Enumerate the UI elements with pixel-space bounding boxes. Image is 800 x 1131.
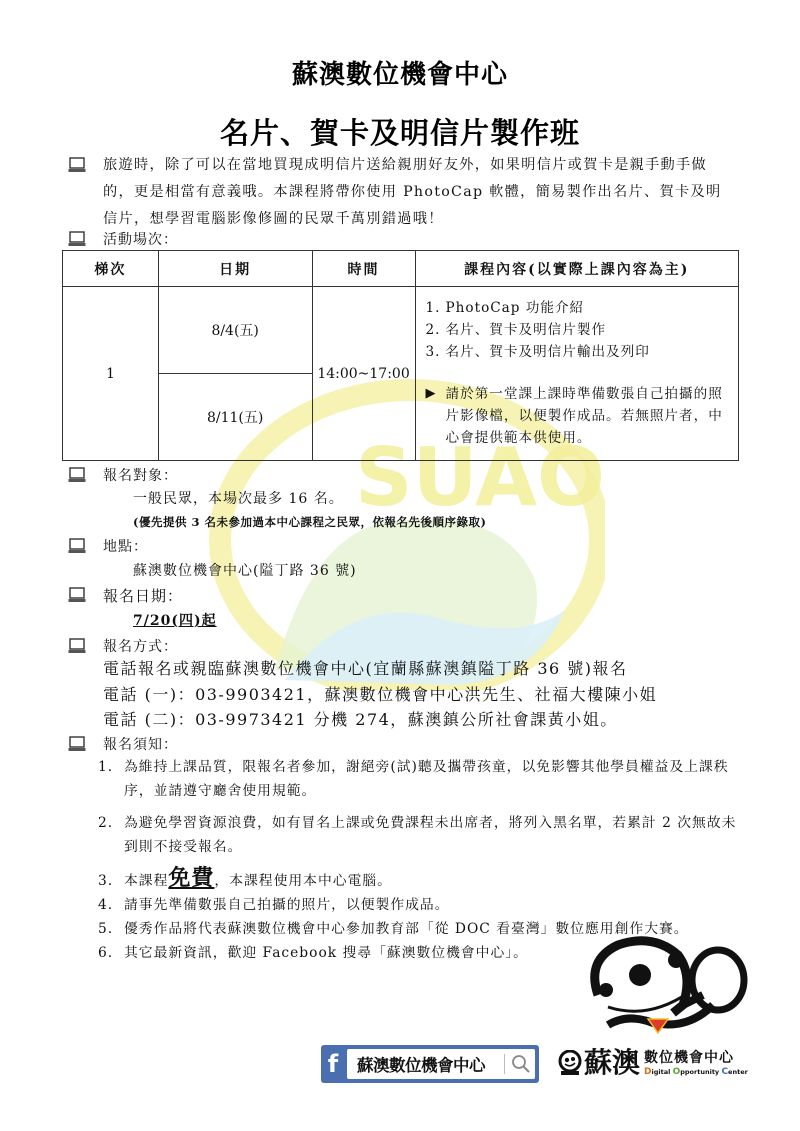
notice-list: 1.為維持上課品質，限報名者參加，謝絕旁(試)聽及攜帶孩童，以免影響其他學員權益… xyxy=(98,755,738,965)
computer-icon xyxy=(68,587,86,603)
notice-label: 報名須知： xyxy=(103,734,178,756)
header-session: 梯次 xyxy=(63,251,159,287)
notice-item: 1.為維持上課品質，限報名者參加，謝絕旁(試)聽及攜帶孩童，以免影響其他學員權益… xyxy=(98,755,738,803)
notice-item: 4.請事先準備數張自己拍攝的照片，以便製作成品。 xyxy=(98,893,738,917)
reg-method-label: 報名方式： xyxy=(103,636,178,658)
reg-method-line: 電話 (一)：03-9903421，蘇澳數位機會中心洪先生、社福大樓陳小姐 xyxy=(103,682,657,708)
header-content: 課程內容(以實際上課內容為主) xyxy=(415,251,738,287)
schedule-label: 活動場次： xyxy=(103,229,178,251)
table-row: 1 8/4(五) 14:00~17:00 1.PhotoCap 功能介紹 2.名… xyxy=(63,287,739,374)
table-header-row: 梯次 日期 時間 課程內容(以實際上課內容為主) xyxy=(63,251,739,287)
date-cell: 8/11(五) xyxy=(158,374,312,461)
header-time: 時間 xyxy=(312,251,415,287)
facebook-search-box: 蘇澳數位機會中心 xyxy=(347,1049,535,1079)
computer-icon xyxy=(68,736,86,752)
audience-section: 報名對象： xyxy=(68,465,178,487)
header-date: 日期 xyxy=(158,251,312,287)
course-title: 名片、賀卡及明信片製作班 xyxy=(0,111,800,152)
audience-priority: (優先提供 3 名未參加過本中心課程之民眾，依報名先後順序錄取) xyxy=(133,511,486,533)
org-title: 蘇澳數位機會中心 xyxy=(0,54,800,91)
schedule-table: 梯次 日期 時間 課程內容(以實際上課內容為主) 1 8/4(五) 14:00~… xyxy=(62,250,739,461)
facebook-search-text: 蘇澳數位機會中心 xyxy=(347,1052,504,1076)
reg-method-line: 電話報名或親臨蘇澳數位機會中心(宜蘭縣蘇澳鎮隘丁路 36 號)報名 xyxy=(103,656,628,682)
search-icon xyxy=(511,1054,531,1074)
divider xyxy=(504,1054,505,1074)
content-item: 2.名片、賀卡及明信片製作 xyxy=(426,319,728,341)
content-note: ▶請於第一堂課上課時準備數張自己拍攝的照片影像檔，以便製作成品。若無照片者，中心… xyxy=(426,383,728,449)
facebook-icon: f xyxy=(321,1050,345,1078)
time-cell: 14:00~17:00 xyxy=(312,287,415,461)
reg-method-line: 電話 (二)：03-9973421 分機 274，蘇澳鎮公所社會課黃小姐。 xyxy=(103,707,618,733)
location-section: 地點： xyxy=(68,536,148,558)
reg-date-section: 報名日期： xyxy=(68,585,183,607)
date-cell: 8/4(五) xyxy=(158,287,312,374)
audience-label: 報名對象： xyxy=(103,465,178,487)
session-number: 1 xyxy=(63,287,159,461)
location-label: 地點： xyxy=(103,536,148,558)
content-item: 3.名片、賀卡及明信片輸出及列印 xyxy=(426,341,728,363)
mascot-illustration xyxy=(578,935,748,1040)
computer-icon xyxy=(68,538,86,554)
notice-item: 2.為避免學習資源浪費，如有冒名上課或免費課程未出席者，將列入黑名單，若累計 2… xyxy=(98,811,738,859)
computer-icon xyxy=(68,467,86,483)
notice-item: 3.本課程免費，本課程使用本中心電腦。 xyxy=(98,867,738,893)
free-emphasis: 免費 xyxy=(168,866,214,891)
triangle-bullet-icon: ▶ xyxy=(426,383,446,449)
brand-subtitle: 數位機會中心 xyxy=(644,1050,748,1067)
content-cell: 1.PhotoCap 功能介紹 2.名片、賀卡及明信片製作 3.名片、賀卡及明信… xyxy=(415,287,738,461)
brand-logo: 蘇澳 數位機會中心 Digital Opportunity Center xyxy=(558,1048,748,1078)
computer-icon xyxy=(68,638,86,654)
intro-section xyxy=(68,155,103,173)
mascot-face-icon xyxy=(558,1050,582,1076)
reg-date-label: 報名日期： xyxy=(103,585,183,607)
intro-text: 旅遊時，除了可以在當地買現成明信片送給親朋好友外，如果明信片或賀卡是親手動手做的… xyxy=(103,152,733,233)
facebook-search-banner: f 蘇澳數位機會中心 xyxy=(321,1045,539,1083)
location-text: 蘇澳數位機會中心(隘丁路 36 號) xyxy=(133,560,357,582)
computer-icon xyxy=(68,231,86,247)
computer-icon xyxy=(68,157,86,173)
audience-text: 一般民眾，本場次最多 16 名。 xyxy=(133,488,344,510)
schedule-section-label: 活動場次： xyxy=(68,229,178,251)
content-item: 1.PhotoCap 功能介紹 xyxy=(426,297,728,319)
reg-date-text: 7/20(四)起 xyxy=(133,610,217,632)
brand-text: 數位機會中心 Digital Opportunity Center xyxy=(644,1050,748,1077)
notice-section: 報名須知： xyxy=(68,734,178,756)
reg-method-section: 報名方式： xyxy=(68,636,178,658)
brand-english: Digital Opportunity Center xyxy=(644,1067,748,1077)
brand-name: 蘇澳 xyxy=(584,1048,640,1078)
